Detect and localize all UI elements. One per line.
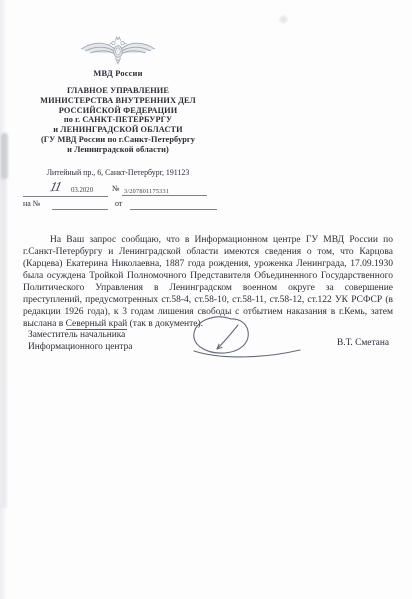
- org-line-5: и ЛЕНИНГРАДСКОЙ ОБЛАСТИ: [33, 125, 203, 135]
- signatory-title: Заместитель начальника Информационного ц…: [28, 329, 132, 354]
- reply-number-label: на №: [23, 199, 40, 208]
- org-line-1: ГЛАВНОЕ УПРАВЛЕНИЕ: [33, 86, 203, 96]
- org-line-7: и Ленинградской области): [33, 145, 203, 155]
- reply-number-underline: [52, 199, 108, 210]
- scan-speck: [279, 15, 288, 24]
- scan-edge-band: [2, 178, 7, 508]
- signatory-name: В.Т. Сметана: [337, 338, 389, 348]
- scanned-letter-page: МВД России ГЛАВНОЕ УПРАВЛЕНИЕ МИНИСТЕРСТ…: [0, 0, 412, 599]
- reply-date-underline: [130, 199, 217, 210]
- handwritten-signature-icon: [186, 313, 306, 365]
- org-name-short: МВД России: [58, 69, 178, 78]
- org-name-block: ГЛАВНОЕ УПРАВЛЕНИЕ МИНИСТЕРСТВА ВНУТРЕНН…: [33, 86, 203, 155]
- reply-from-label: от: [115, 199, 122, 208]
- org-line-6: (ГУ МВД России по г.Санкт-Петербургу: [33, 135, 203, 145]
- org-address: Литейный пр., 6, Санкт-Петербург, 191123: [18, 168, 218, 177]
- signatory-title-line-1: Заместитель начальника: [28, 329, 132, 341]
- doc-number-label: №: [112, 184, 120, 193]
- org-line-4: по г. САНКТ-ПЕТЕРБУРГУ: [33, 115, 203, 125]
- doc-number-value: 3/207801175331: [124, 188, 169, 195]
- org-line-3: РОССИЙСКОЙ ФЕДЕРАЦИИ: [33, 106, 203, 116]
- date-underline: [23, 186, 108, 197]
- signatory-title-line-2: Информационного центра: [28, 341, 132, 353]
- mvd-eagle-emblem-icon: [79, 35, 157, 68]
- scan-edge-smudge: [1, 133, 8, 179]
- printed-date: 03.2020: [71, 187, 93, 194]
- org-line-2: МИНИСТЕРСТВА ВНУТРЕННИХ ДЕЛ: [33, 96, 203, 106]
